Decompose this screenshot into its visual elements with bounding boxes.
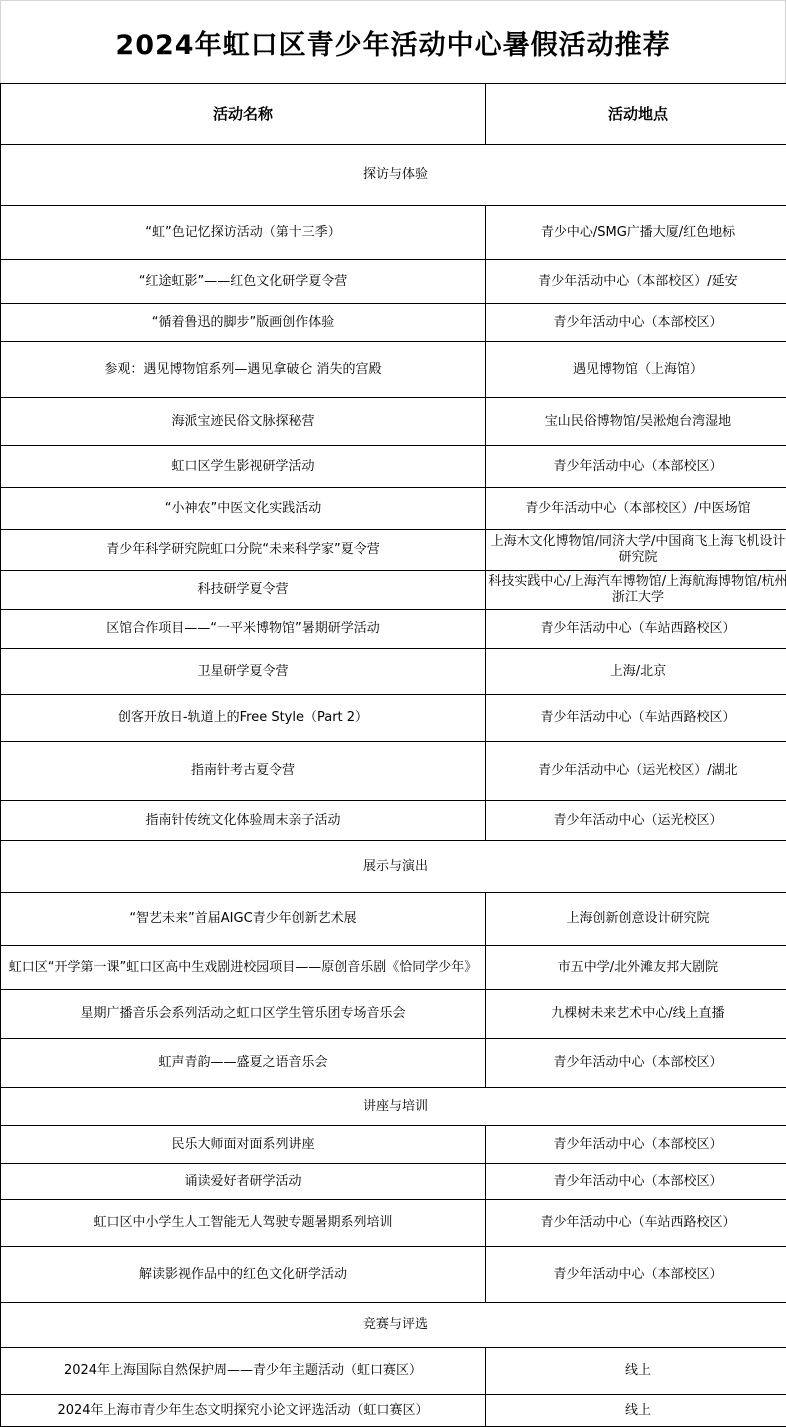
activity-location: 宝山民俗博物馆/吴淞炮台湾湿地	[486, 398, 786, 446]
table-row: 虹口区学生影视研学活动青少年活动中心（本部校区）	[1, 446, 786, 488]
table-header-row: 活动名称 活动地点	[1, 84, 786, 145]
table-row: “红途虹影”——红色文化研学夏令营青少年活动中心（本部校区）/延安	[1, 260, 786, 304]
activity-name: 区馆合作项目——“一平米博物馆”暑期研学活动	[1, 610, 486, 649]
activity-location: 青少年活动中心（本部校区）/延安	[486, 260, 786, 304]
activity-location: 线上	[486, 1395, 786, 1427]
activity-name: 卫星研学夏令营	[1, 649, 486, 695]
section-label: 展示与演出	[1, 841, 786, 893]
section-label: 讲座与培训	[1, 1088, 786, 1126]
activity-name: 创客开放日-轨道上的Free Style（Part 2）	[1, 695, 486, 742]
activity-location: 青少年活动中心（车站西路校区）	[486, 610, 786, 649]
activity-sheet: 2024年虹口区青少年活动中心暑假活动推荐 活动名称 活动地点 探访与体验 “虹…	[0, 0, 786, 1427]
activity-location: 青少年活动中心（车站西路校区）	[486, 695, 786, 742]
activity-location: 青少年活动中心（车站西路校区）	[486, 1200, 786, 1247]
activity-location: 遇见博物馆（上海馆）	[486, 342, 786, 398]
activity-location: 青少年活动中心（本部校区）	[486, 446, 786, 488]
activity-name: “智艺未来”首届AIGC青少年创新艺术展	[1, 893, 486, 946]
activity-name: 虹口区学生影视研学活动	[1, 446, 486, 488]
section-row: 竞赛与评选	[1, 1303, 786, 1348]
activity-name: 参观：遇见博物馆系列—遇见拿破仑 消失的宫殿	[1, 342, 486, 398]
activity-name: 科技研学夏令营	[1, 571, 486, 610]
activity-name: “小神农”中医文化实践活动	[1, 488, 486, 530]
activity-location: 青少年活动中心（本部校区）/中医场馆	[486, 488, 786, 530]
table-row: 青少年科学研究院虹口分院“未来科学家”夏令营上海木文化博物馆/同济大学/中国商飞…	[1, 530, 786, 571]
activity-name: 民乐大师面对面系列讲座	[1, 1126, 486, 1164]
table-row: “虹”色记忆探访活动（第十三季）青少中心/SMG广播大厦/红色地标	[1, 206, 786, 260]
table-row: 诵读爱好者研学活动青少年活动中心（本部校区）	[1, 1164, 786, 1200]
table-row: 创客开放日-轨道上的Free Style（Part 2）青少年活动中心（车站西路…	[1, 695, 786, 742]
section-row: 展示与演出	[1, 841, 786, 893]
activity-name: 海派宝迹民俗文脉探秘营	[1, 398, 486, 446]
section-row: 探访与体验	[1, 145, 786, 206]
section-row: 讲座与培训	[1, 1088, 786, 1126]
table-row: 民乐大师面对面系列讲座青少年活动中心（本部校区）	[1, 1126, 786, 1164]
activity-location: 九棵树未来艺术中心/线上直播	[486, 990, 786, 1039]
activity-name: 青少年科学研究院虹口分院“未来科学家”夏令营	[1, 530, 486, 571]
column-header-location: 活动地点	[486, 84, 786, 145]
activity-name: 诵读爱好者研学活动	[1, 1164, 486, 1200]
table-row: 区馆合作项目——“一平米博物馆”暑期研学活动青少年活动中心（车站西路校区）	[1, 610, 786, 649]
activity-location: 青少年活动中心（本部校区）	[486, 1126, 786, 1164]
section-label: 竞赛与评选	[1, 1303, 786, 1348]
activity-location: 上海/北京	[486, 649, 786, 695]
activity-name: 解读影视作品中的红色文化研学活动	[1, 1247, 486, 1303]
table-row: 虹声青韵——盛夏之语音乐会青少年活动中心（本部校区）	[1, 1039, 786, 1088]
activity-location: 科技实践中心/上海汽车博物馆/上海航海博物馆/杭州浙江大学	[486, 571, 786, 610]
table-row: “小神农”中医文化实践活动青少年活动中心（本部校区）/中医场馆	[1, 488, 786, 530]
activity-name: 星期广播音乐会系列活动之虹口区学生管乐团专场音乐会	[1, 990, 486, 1039]
table-row: “循着鲁迅的脚步”版画创作体验青少年活动中心（本部校区）	[1, 304, 786, 342]
activity-location: 青少年活动中心（运光校区）	[486, 801, 786, 841]
activity-name: 指南针传统文化体验周末亲子活动	[1, 801, 486, 841]
table-row: “智艺未来”首届AIGC青少年创新艺术展上海创新创意设计研究院	[1, 893, 786, 946]
activity-name: “红途虹影”——红色文化研学夏令营	[1, 260, 486, 304]
column-header-name: 活动名称	[1, 84, 486, 145]
activity-location: 上海创新创意设计研究院	[486, 893, 786, 946]
activity-name: 虹口区“开学第一课”虹口区高中生戏剧进校园项目——原创音乐剧《恰同学少年》	[1, 946, 486, 990]
table-row: 2024年上海国际自然保护周——青少年主题活动（虹口赛区）线上	[1, 1348, 786, 1395]
table-row: 星期广播音乐会系列活动之虹口区学生管乐团专场音乐会九棵树未来艺术中心/线上直播	[1, 990, 786, 1039]
table-row: 解读影视作品中的红色文化研学活动青少年活动中心（本部校区）	[1, 1247, 786, 1303]
activity-name: “循着鲁迅的脚步”版画创作体验	[1, 304, 486, 342]
table-row: 2024年上海市青少年生态文明探究小论文评选活动（虹口赛区）线上	[1, 1395, 786, 1427]
table-row: 科技研学夏令营科技实践中心/上海汽车博物馆/上海航海博物馆/杭州浙江大学	[1, 571, 786, 610]
table-row: 虹口区“开学第一课”虹口区高中生戏剧进校园项目——原创音乐剧《恰同学少年》市五中…	[1, 946, 786, 990]
activity-name: “虹”色记忆探访活动（第十三季）	[1, 206, 486, 260]
activity-name: 2024年上海国际自然保护周——青少年主题活动（虹口赛区）	[1, 1348, 486, 1395]
activity-location: 线上	[486, 1348, 786, 1395]
activity-location: 青少中心/SMG广播大厦/红色地标	[486, 206, 786, 260]
activity-table: 活动名称 活动地点 探访与体验 “虹”色记忆探访活动（第十三季）青少中心/SMG…	[0, 83, 786, 1427]
table-row: 参观：遇见博物馆系列—遇见拿破仑 消失的宫殿遇见博物馆（上海馆）	[1, 342, 786, 398]
page-title: 2024年虹口区青少年活动中心暑假活动推荐	[0, 1, 786, 83]
activity-location: 青少年活动中心（本部校区）	[486, 1039, 786, 1088]
activity-name: 2024年上海市青少年生态文明探究小论文评选活动（虹口赛区）	[1, 1395, 486, 1427]
activity-name: 虹声青韵——盛夏之语音乐会	[1, 1039, 486, 1088]
activity-name: 指南针考古夏令营	[1, 742, 486, 801]
section-label: 探访与体验	[1, 145, 786, 206]
activity-location: 青少年活动中心（运光校区）/湖北	[486, 742, 786, 801]
activity-location: 青少年活动中心（本部校区）	[486, 304, 786, 342]
table-row: 虹口区中小学生人工智能无人驾驶专题暑期系列培训青少年活动中心（车站西路校区）	[1, 1200, 786, 1247]
table-row: 海派宝迹民俗文脉探秘营宝山民俗博物馆/吴淞炮台湾湿地	[1, 398, 786, 446]
activity-location: 上海木文化博物馆/同济大学/中国商飞上海飞机设计研究院	[486, 530, 786, 571]
table-row: 指南针考古夏令营青少年活动中心（运光校区）/湖北	[1, 742, 786, 801]
activity-location: 市五中学/北外滩友邦大剧院	[486, 946, 786, 990]
activity-name: 虹口区中小学生人工智能无人驾驶专题暑期系列培训	[1, 1200, 486, 1247]
table-row: 卫星研学夏令营上海/北京	[1, 649, 786, 695]
table-row: 指南针传统文化体验周末亲子活动青少年活动中心（运光校区）	[1, 801, 786, 841]
activity-location: 青少年活动中心（本部校区）	[486, 1164, 786, 1200]
activity-location: 青少年活动中心（本部校区）	[486, 1247, 786, 1303]
